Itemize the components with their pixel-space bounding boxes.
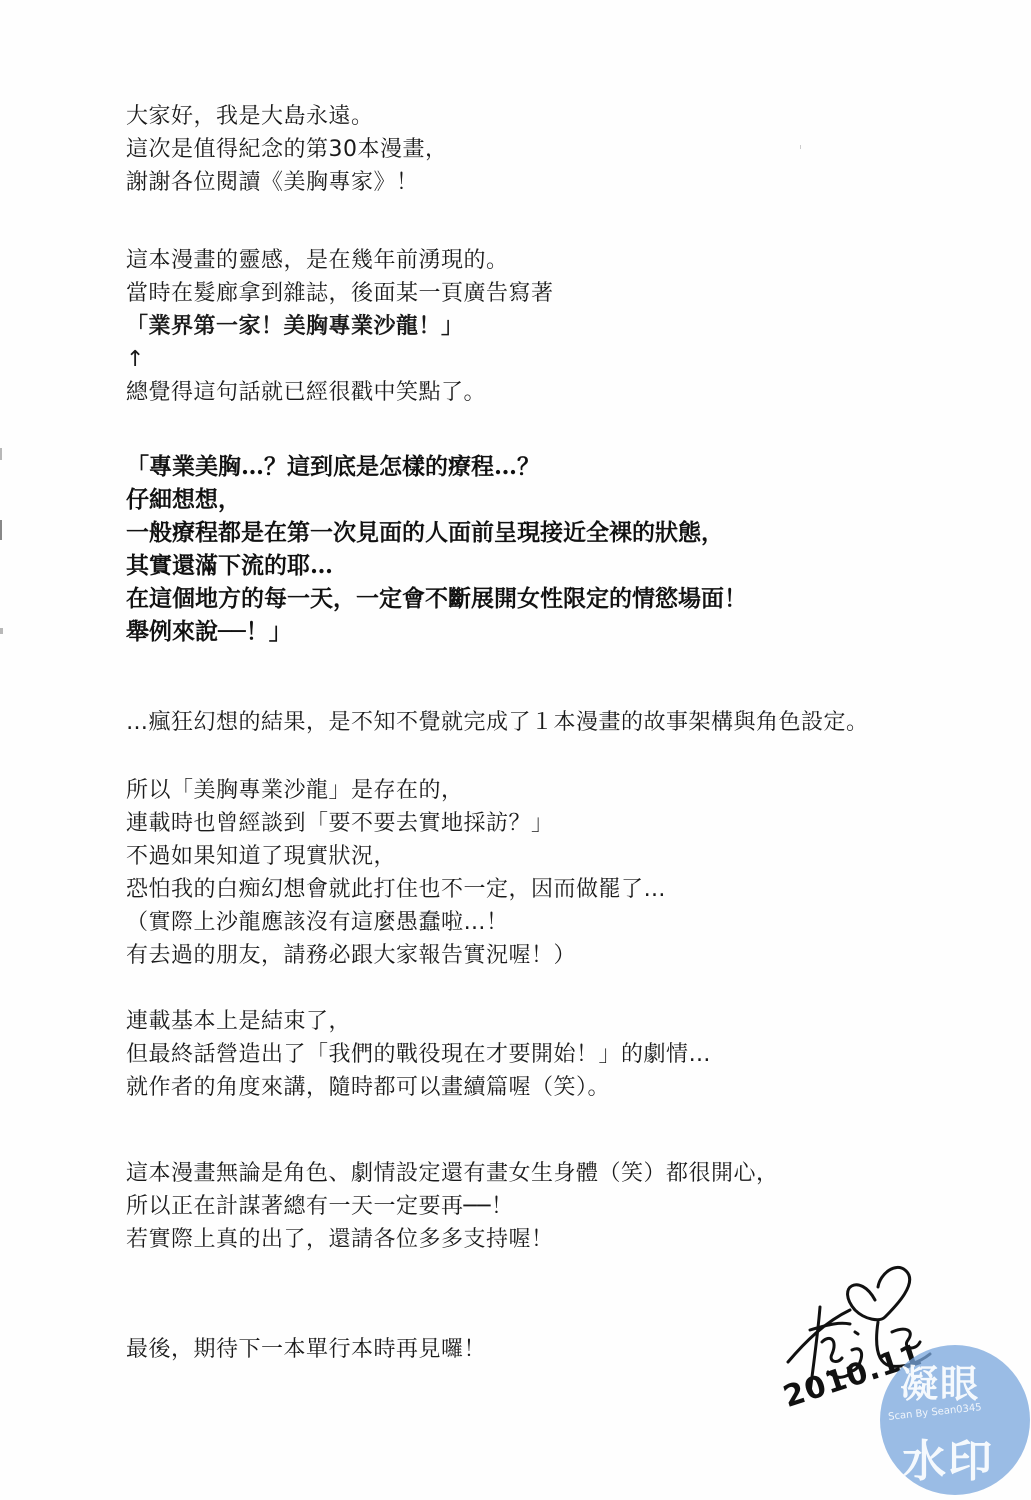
scan-artifact bbox=[0, 628, 3, 634]
text-line: 所以「美胸專業沙龍」是存在的， bbox=[126, 774, 666, 807]
bold-text-line: 仔細想想， bbox=[126, 483, 747, 516]
paragraph-greeting: 大家好，我是大島永遠。 這次是值得紀念的第30本漫畫， 謝謝各位閱讀《美胸專家》… bbox=[126, 100, 448, 199]
text-line: 最後，期待下一本單行本時再見囉！ bbox=[126, 1333, 486, 1366]
scan-artifact bbox=[0, 448, 2, 460]
text-line: 不過如果知道了現實狀況， bbox=[126, 840, 666, 873]
text-line: …瘋狂幻想的結果，是不知不覺就完成了１本漫畫的故事架構與角色設定。 bbox=[126, 706, 869, 739]
watermark-top-text: 凝眼 bbox=[900, 1353, 980, 1408]
text-line: 連載時也曾經談到「要不要去實地採訪？」 bbox=[126, 807, 666, 840]
paragraph-closing: 最後，期待下一本單行本時再見囉！ bbox=[126, 1333, 486, 1366]
scan-artifact bbox=[0, 520, 2, 540]
heart-icon bbox=[848, 1267, 910, 1319]
ad-quote-line: 「業界第一家！美胸專業沙龍！」 bbox=[126, 310, 554, 343]
text-line: 但最終話營造出了「我們的戰役現在才要開始！」的劇情… bbox=[126, 1038, 711, 1071]
paragraph-inspiration: 這本漫畫的靈感，是在幾年前湧現的。 當時在髮廊拿到雜誌，後面某一頁廣告寫著 「業… bbox=[126, 244, 554, 409]
paragraph-result: …瘋狂幻想的結果，是不知不覺就完成了１本漫畫的故事架構與角色設定。 bbox=[126, 706, 869, 739]
paragraph-serial-end: 連載基本上是結束了， 但最終話營造出了「我們的戰役現在才要開始！」的劇情… 就作… bbox=[126, 1005, 711, 1104]
text-line: 這本漫畫無論是角色、劇情設定還有畫女生身體（笑）都很開心， bbox=[126, 1157, 779, 1190]
bold-text-line: 舉例來說──！」 bbox=[126, 615, 747, 648]
text-line: 這次是值得紀念的第30本漫畫， bbox=[126, 133, 448, 166]
text-line: 這本漫畫的靈感，是在幾年前湧現的。 bbox=[126, 244, 554, 277]
arrow-up-icon: ↑ bbox=[126, 343, 554, 376]
text-line: 大家好，我是大島永遠。 bbox=[126, 100, 448, 133]
paragraph-salon: 所以「美胸專業沙龍」是存在的， 連載時也曾經談到「要不要去實地採訪？」 不過如果… bbox=[126, 774, 666, 972]
paragraph-sequel: 這本漫畫無論是角色、劇情設定還有畫女生身體（笑）都很開心， 所以正在計謀著總有一… bbox=[126, 1157, 779, 1256]
scan-artifact bbox=[800, 145, 801, 149]
bold-text-line: 「專業美胸…？這到底是怎樣的療程…？ bbox=[126, 450, 747, 483]
text-line: 若實際上真的出了，還請各位多多支持喔！ bbox=[126, 1223, 779, 1256]
text-line: 總覺得這句話就已經很戳中笑點了。 bbox=[126, 376, 554, 409]
text-line: 有去過的朋友，請務必跟大家報告實況喔！） bbox=[126, 939, 666, 972]
text-line: （實際上沙龍應該沒有這麼愚蠢啦…！ bbox=[126, 906, 666, 939]
text-line: 連載基本上是結束了， bbox=[126, 1005, 711, 1038]
text-line: 恐怕我的白痴幻想會就此打住也不一定，因而做罷了… bbox=[126, 873, 666, 906]
text-line: 當時在髮廊拿到雜誌，後面某一頁廣告寫著 bbox=[126, 277, 554, 310]
text-line: 謝謝各位閱讀《美胸專家》！ bbox=[126, 166, 448, 199]
watermark-bottom-text: 水印 bbox=[902, 1425, 994, 1489]
bold-text-line: 在這個地方的每一天，一定會不斷展開女性限定的情慾場面！ bbox=[126, 582, 747, 615]
scanned-page: 大家好，我是大島永遠。 這次是值得紀念的第30本漫畫， 謝謝各位閱讀《美胸專家》… bbox=[0, 0, 1031, 1500]
paragraph-fantasy-bold: 「專業美胸…？這到底是怎樣的療程…？ 仔細想想， 一般療程都是在第一次見面的人面… bbox=[126, 450, 747, 648]
bold-text-line: 其實還滿下流的耶… bbox=[126, 549, 747, 582]
scan-watermark: 凝眼 Scan By Sean0345 水印 bbox=[880, 1345, 1030, 1495]
bold-text-line: 一般療程都是在第一次見面的人面前呈現接近全裸的狀態， bbox=[126, 516, 747, 549]
text-line: 所以正在計謀著總有一天一定要再──！ bbox=[126, 1190, 779, 1223]
text-line: 就作者的角度來講，隨時都可以畫續篇喔（笑）。 bbox=[126, 1071, 711, 1104]
